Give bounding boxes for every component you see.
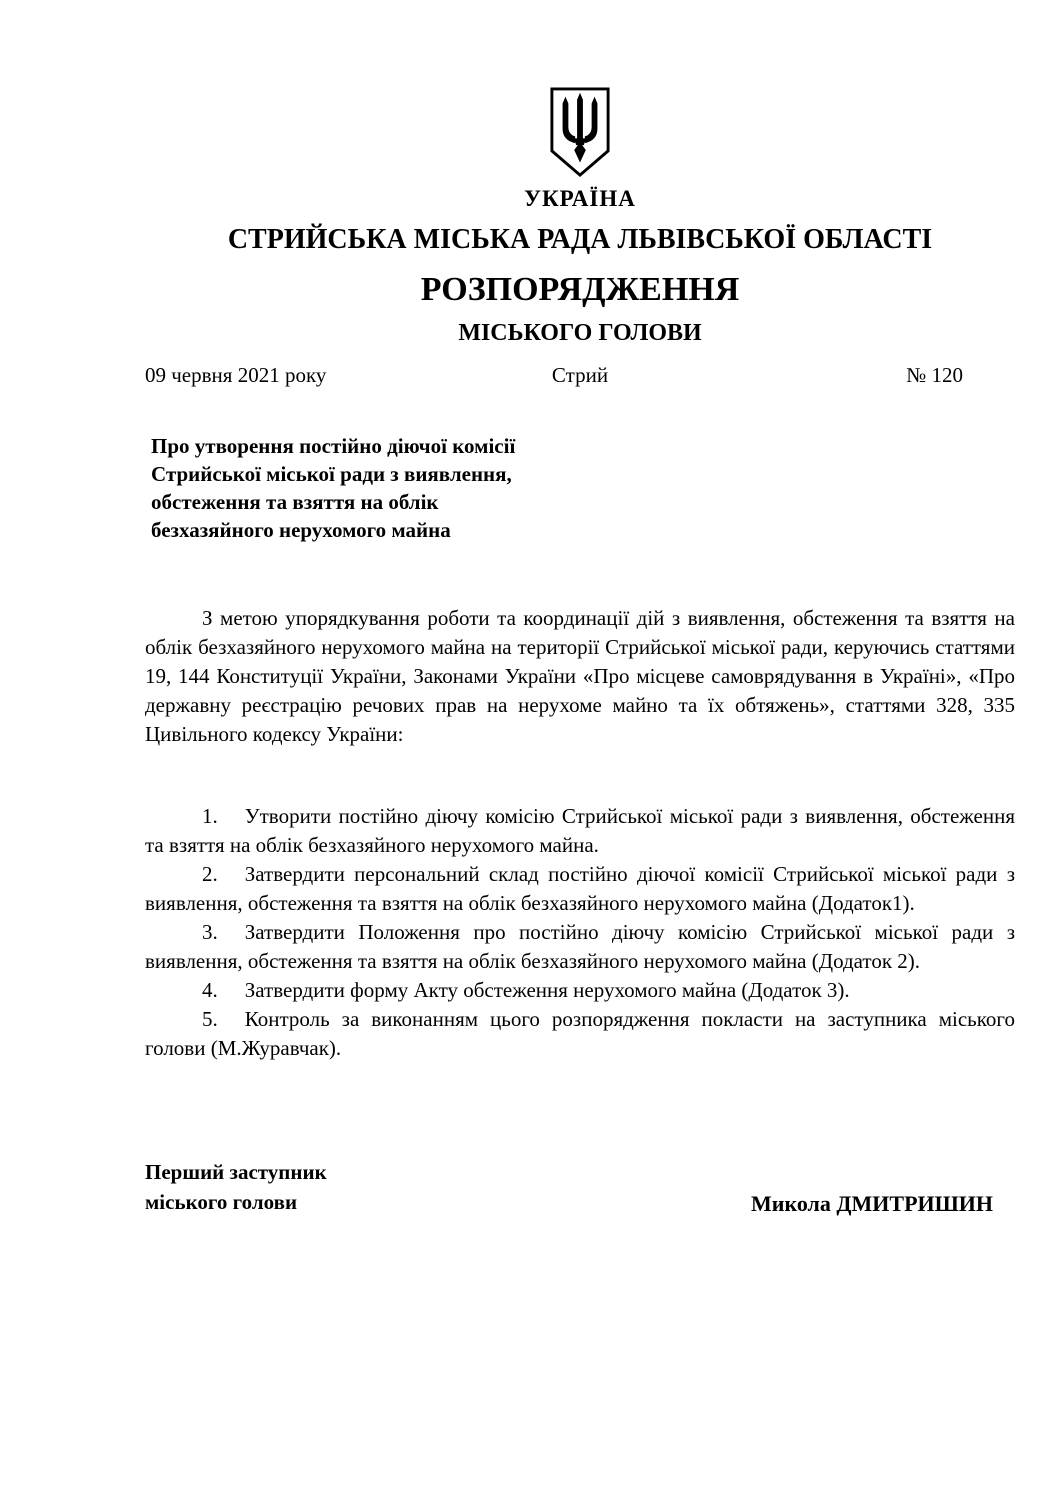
item-number: 2. bbox=[202, 862, 245, 886]
order-item: 2.Затвердити персональний склад постійно… bbox=[145, 860, 1015, 918]
preamble-paragraph: З метою упорядкування роботи та координа… bbox=[145, 604, 1015, 749]
subject-block: Про утворення постійно діючої комісії Ст… bbox=[151, 432, 1015, 544]
signer-position: Перший заступник міського голови bbox=[145, 1157, 327, 1217]
item-text: Затвердити Положення про постійно діючу … bbox=[145, 920, 1015, 973]
item-text: Контроль за виконанням цього розпоряджен… bbox=[145, 1007, 1015, 1060]
document-issuer-line: МІСЬКОГО ГОЛОВИ bbox=[145, 320, 1015, 347]
signer-name: Микола ДМИТРИШИН bbox=[751, 1191, 1015, 1217]
subject-line: безхазяйного нерухомого майна bbox=[151, 516, 1015, 544]
coat-of-arms-block: УКРАЇНА bbox=[145, 0, 1015, 212]
item-number: 4. bbox=[202, 978, 245, 1002]
signer-position-line: Перший заступник bbox=[145, 1157, 327, 1187]
document-page: УКРАЇНА СТРИЙСЬКА МІСЬКА РАДА ЛЬВІВСЬКОЇ… bbox=[0, 0, 1059, 1497]
organization-name: СТРИЙСЬКА МІСЬКА РАДА ЛЬВІВСЬКОЇ ОБЛАСТІ bbox=[145, 224, 1015, 256]
order-items: 1.Утворити постійно діючу комісію Стрийс… bbox=[145, 802, 1015, 1063]
country-name: УКРАЇНА bbox=[145, 186, 1015, 212]
signer-position-line: міського голови bbox=[145, 1187, 327, 1217]
document-type-title: РОЗПОРЯДЖЕННЯ bbox=[145, 271, 1015, 309]
order-item: 4.Затвердити форму Акту обстеження нерух… bbox=[145, 976, 1015, 1005]
document-date: 09 червня 2021 року bbox=[145, 363, 552, 388]
signature-block: Перший заступник міського голови Микола … bbox=[145, 1157, 1015, 1217]
document-place: Стрий bbox=[552, 363, 608, 388]
item-text: Затвердити форму Акту обстеження нерухом… bbox=[245, 978, 850, 1002]
subject-line: Про утворення постійно діючої комісії bbox=[151, 432, 1015, 460]
document-meta-row: 09 червня 2021 року Стрий № 120 bbox=[145, 363, 1015, 388]
document-content: УКРАЇНА СТРИЙСЬКА МІСЬКА РАДА ЛЬВІВСЬКОЇ… bbox=[145, 0, 1015, 1217]
item-text: Утворити постійно діючу комісію Стрийськ… bbox=[145, 804, 1015, 857]
item-text: Затвердити персональний склад постійно д… bbox=[145, 862, 1015, 915]
ukraine-trident-shield-icon bbox=[549, 86, 611, 179]
item-number: 3. bbox=[202, 920, 245, 944]
order-item: 5.Контроль за виконанням цього розпорядж… bbox=[145, 1005, 1015, 1063]
subject-line: обстеження та взяття на облік bbox=[151, 488, 1015, 516]
document-number: № 120 bbox=[906, 363, 1015, 388]
order-item: 3.Затвердити Положення про постійно діюч… bbox=[145, 918, 1015, 976]
order-item: 1.Утворити постійно діючу комісію Стрийс… bbox=[145, 802, 1015, 860]
item-number: 1. bbox=[202, 804, 245, 828]
item-number: 5. bbox=[202, 1007, 245, 1031]
subject-line: Стрийської міської ради з виявлення, bbox=[151, 460, 1015, 488]
